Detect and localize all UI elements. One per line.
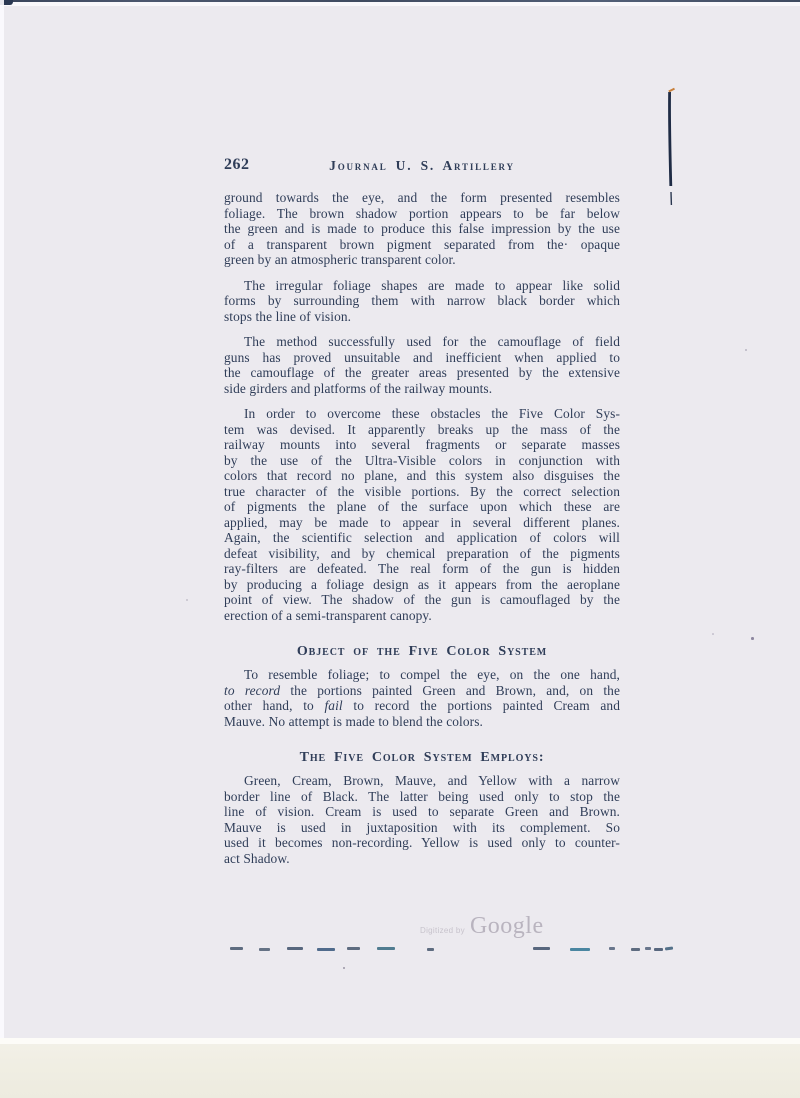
paragraph: Green, Cream, Brown, Mauve, and Yellow w… (224, 773, 620, 866)
scanner-bed-band (0, 1044, 800, 1098)
pen-mark-artifact (662, 86, 678, 208)
scan-speck-artifact (712, 633, 714, 635)
text-line: border line of Black. The latter being u… (224, 789, 620, 805)
italic-text: fail (324, 698, 342, 713)
text-line: applied, may be made to appear in severa… (224, 515, 620, 531)
scan-dash-artifact (230, 947, 243, 950)
text-line: line of vision. Cream is used to separat… (224, 804, 620, 820)
text-line: guns has proved unsuitable and inefficie… (224, 350, 620, 366)
text-line: Again, the scientific selection and appl… (224, 530, 620, 546)
scan-dash-artifact (609, 947, 615, 950)
text-line: other hand, to fail to record the portio… (224, 698, 620, 714)
google-logo: Google (470, 913, 544, 940)
text-line: ray-filters are defeated. The real form … (224, 561, 620, 577)
text-line: Green, Cream, Brown, Mauve, and Yellow w… (224, 773, 620, 789)
text-line: of pigments the plane of the surface upo… (224, 499, 620, 515)
text-line: To resemble foliage; to compel the eye, … (224, 667, 620, 683)
text-line: used it becomes non-recording. Yellow is… (224, 835, 620, 851)
scan-dash-artifact (347, 947, 360, 950)
scan-dash-artifact (317, 948, 335, 951)
text-segment: to record the portions painted Cream and (343, 698, 620, 713)
text-line: defeat visibility, and by chemical prepa… (224, 546, 620, 562)
running-title: Journal U. S. Artillery (224, 158, 620, 174)
scan-dash-artifact (665, 947, 673, 950)
text-line: Mauve is used in juxtaposition with its … (224, 820, 620, 836)
scanned-book-page: 262 Journal U. S. Artillery ground towar… (0, 0, 800, 1098)
text-line: foliage. The brown shadow portion appear… (224, 206, 620, 222)
scan-dash-artifact (533, 947, 550, 950)
page-header: 262 Journal U. S. Artillery (224, 156, 620, 174)
text-segment: other hand, to (224, 698, 324, 713)
text-line: side girders and platforms of the railwa… (224, 381, 620, 397)
text-line: by producing a foliage design as it appe… (224, 577, 620, 593)
paragraph: The method successfully used for the cam… (224, 334, 620, 396)
scan-speck-artifact (186, 599, 188, 601)
text-line: In order to overcome these obstacles the… (224, 406, 620, 422)
text-line: true character of the visible portions. … (224, 484, 620, 500)
text-line: stops the line of vision. (224, 309, 620, 325)
text-line: railway mounts into several fragments or… (224, 437, 620, 453)
text-line: green by an atmospheric transparent colo… (224, 252, 620, 268)
text-line: by the use of the Ultra-Visible colors i… (224, 453, 620, 469)
page-body: ground towards the eye, and the form pre… (224, 190, 620, 876)
scan-top-edge-highlight (0, 2, 800, 6)
italic-text: to record (224, 683, 280, 698)
text-line: to record the portions painted Green and… (224, 683, 620, 699)
text-line: The irregular foliage shapes are made to… (224, 278, 620, 294)
scan-speck-artifact (343, 967, 345, 969)
scan-left-edge-highlight (0, 0, 4, 1042)
text-line: forms by surrounding them with narrow bl… (224, 293, 620, 309)
scan-top-edge-line (0, 0, 800, 2)
text-segment: the portions painted Green and Brown, an… (280, 683, 620, 698)
scan-dash-artifact (645, 947, 651, 950)
scan-dash-artifact (631, 948, 640, 951)
text-line: the camouflage of the greater areas pres… (224, 365, 620, 381)
scan-dash-artifact (654, 948, 663, 951)
scan-speck-artifact (751, 637, 754, 640)
text-line: colors that record no plane, and this sy… (224, 468, 620, 484)
text-line: the green and is made to produce this fa… (224, 221, 620, 237)
text-line: point of view. The shadow of the gun is … (224, 592, 620, 608)
text-line: act Shadow. (224, 851, 620, 867)
dash-artifacts (0, 947, 800, 955)
text-line: The method successfully used for the cam… (224, 334, 620, 350)
paragraph: In order to overcome these obstacles the… (224, 406, 620, 623)
scan-dash-artifact (427, 948, 434, 951)
scan-speck-artifact (745, 349, 747, 351)
watermark-prefix: Digitized by (420, 926, 465, 935)
text-line: of a transparent brown pigment separated… (224, 237, 620, 253)
text-line: tem was devised. It apparently breaks up… (224, 422, 620, 438)
section-heading: Object of the Five Color System (224, 644, 620, 660)
scan-dash-artifact (259, 948, 270, 951)
text-line: erection of a semi-transparent canopy. (224, 608, 620, 624)
scan-dash-artifact (287, 947, 303, 950)
paragraph: The irregular foliage shapes are made to… (224, 278, 620, 325)
scan-dash-artifact (570, 948, 590, 951)
text-line: ground towards the eye, and the form pre… (224, 190, 620, 206)
digitized-by-google-watermark: Digitized by Google (420, 913, 544, 940)
section-heading: The Five Color System Employs: (224, 750, 620, 766)
pen-mark-svg (662, 86, 678, 208)
paragraph: To resemble foliage; to compel the eye, … (224, 667, 620, 729)
scan-dash-artifact (377, 947, 395, 950)
text-line: Mauve. No attempt is made to blend the c… (224, 714, 620, 730)
paragraph: ground towards the eye, and the form pre… (224, 190, 620, 268)
